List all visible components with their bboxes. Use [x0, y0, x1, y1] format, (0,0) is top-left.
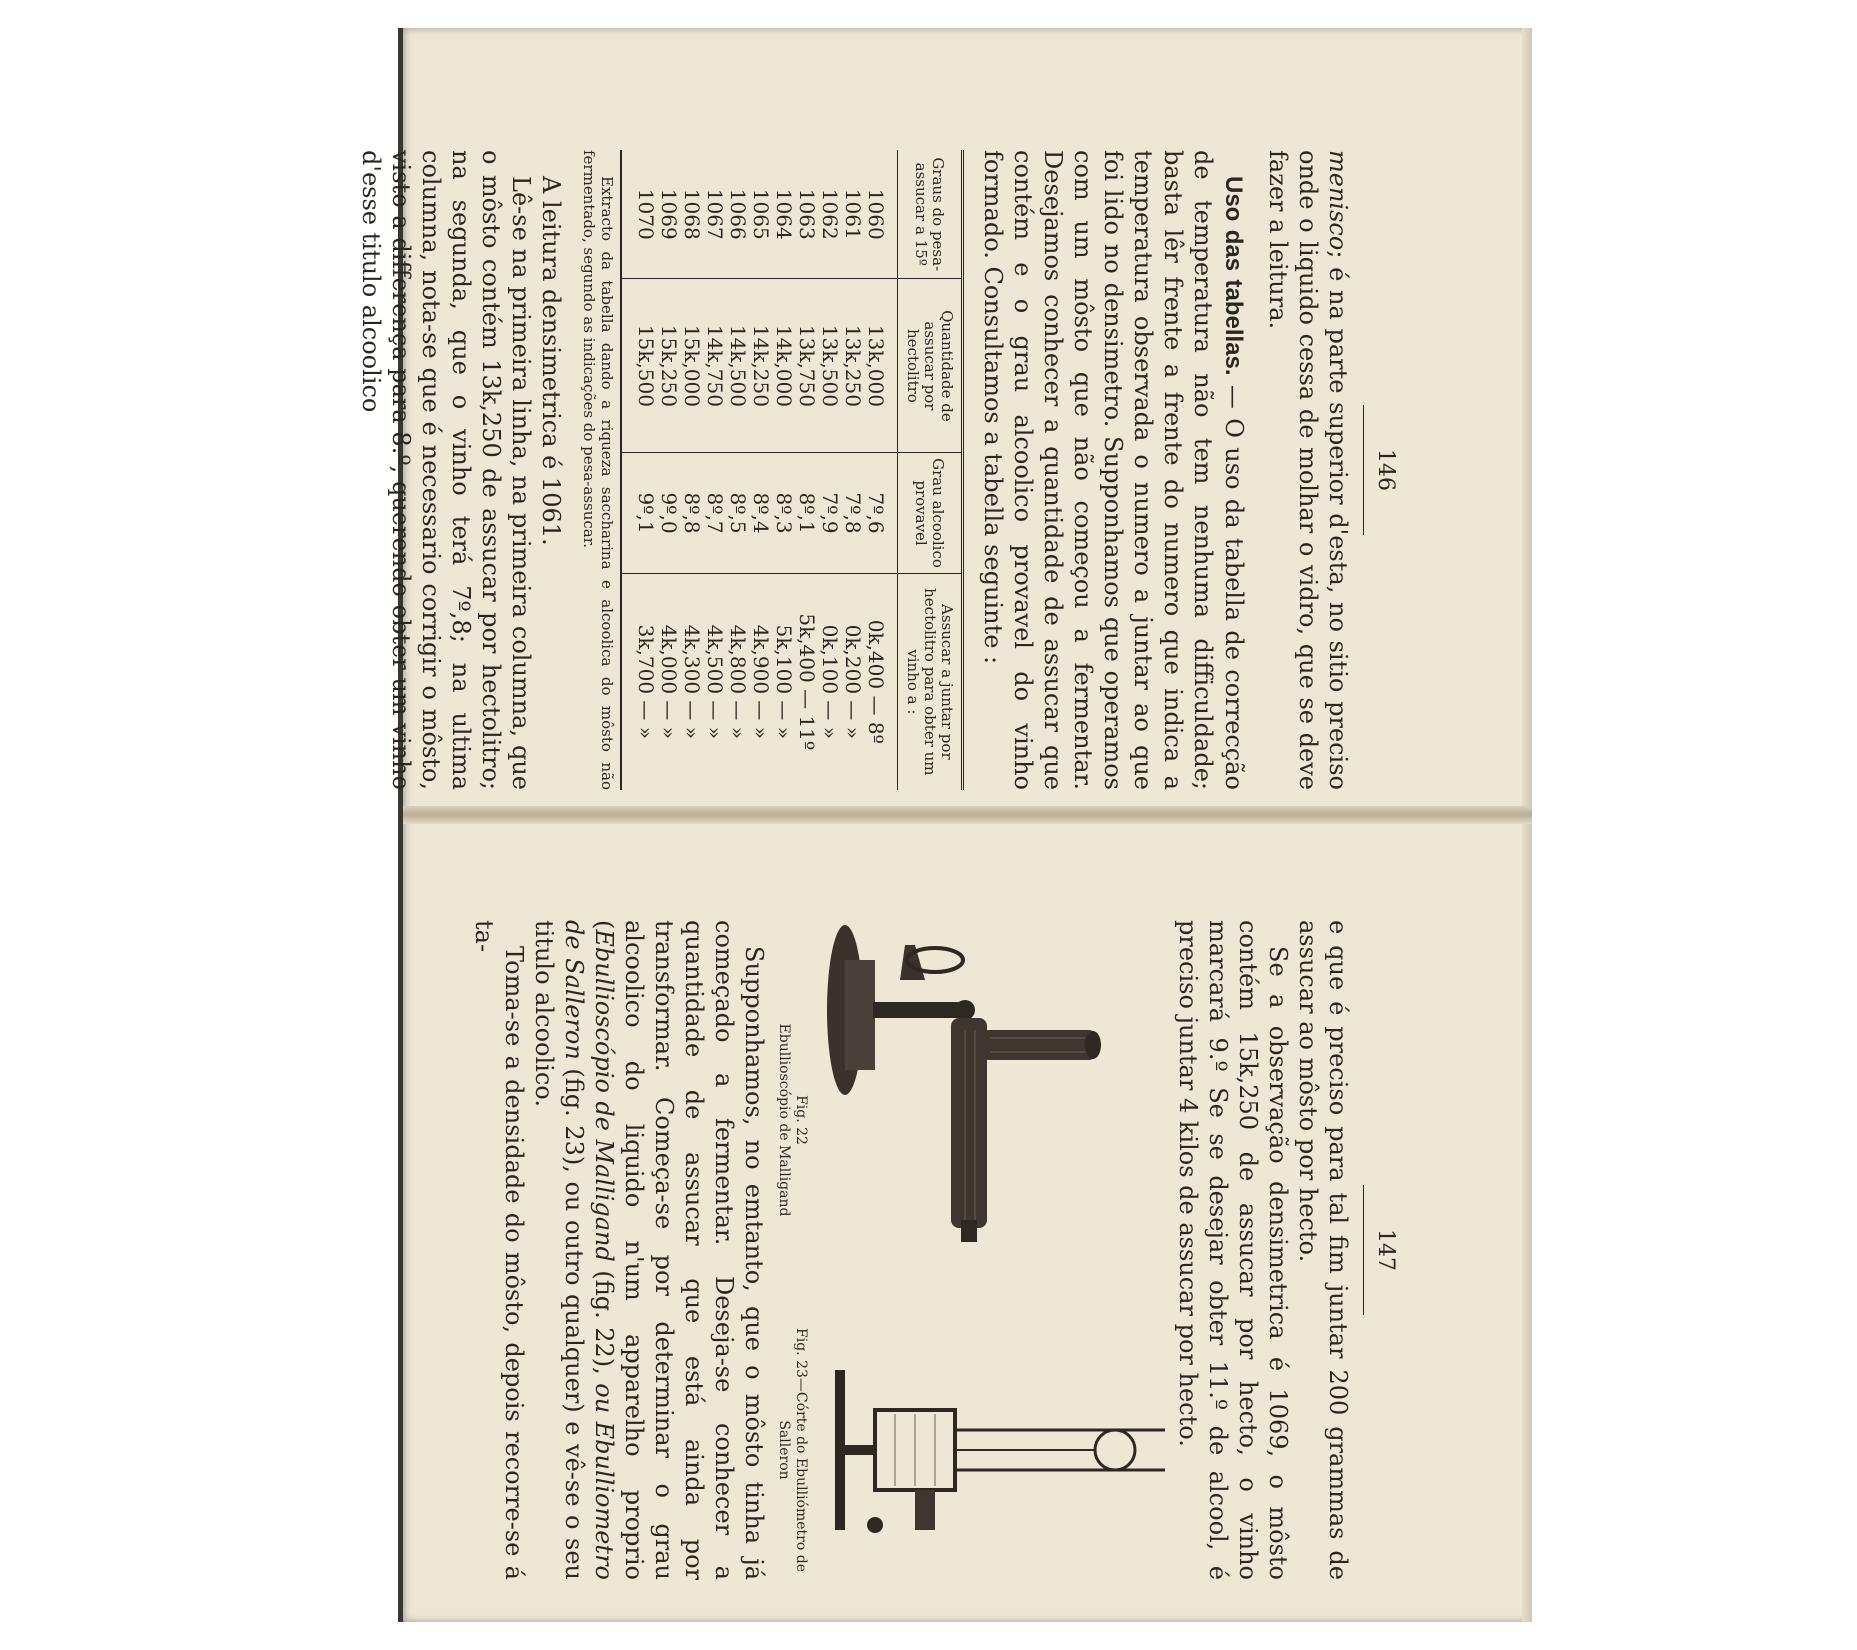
ebullioscope-illustration-icon: [815, 920, 1115, 1320]
ebulliometer-section-illustration-icon: [815, 1350, 1175, 1550]
table-cell: 1066: [726, 150, 749, 279]
table-cell: 1070: [621, 150, 657, 279]
table-cell: 8º,3: [772, 453, 795, 573]
figure-22: Fig. 22 Ebullioscópio de Malligand: [775, 920, 1115, 1320]
page-number: 146: [1363, 150, 1400, 790]
table-cell: 4k,900 — »: [749, 573, 772, 790]
table-cell: 1061: [841, 150, 864, 279]
figure-23: Fig. 23—Córte do Ebulliómetro de Sallero…: [775, 1320, 1175, 1580]
paragraph-toma-se: Toma-se a densidade do môsto, depois rec…: [469, 920, 529, 1580]
table-cell: 5k,100 — »: [772, 573, 795, 790]
figures-row: Fig. 22 Ebullioscópio de Malligand: [775, 920, 1155, 1580]
table-cell: 1069: [657, 150, 680, 279]
table-cell: 13k,750: [795, 279, 818, 453]
paragraph-le-se: Lê-se na primeira linha, na primeira col…: [356, 150, 536, 790]
table-row: 106213k,5007º,90k,100 — »: [818, 150, 841, 790]
table-cell: 9º,1: [621, 453, 657, 573]
table-cell: 14k,750: [703, 279, 726, 453]
paragraph-uso-das-tabellas: Uso das tabellas. — O uso da tabella de …: [978, 150, 1249, 790]
table-cell: 8º,8: [680, 453, 703, 573]
table-cell: 1064: [772, 150, 795, 279]
table-cell: 8º,1: [795, 453, 818, 573]
table-header-row: Graus do pesa-assucar a 15º Quantidade d…: [898, 150, 963, 790]
table-cell: 13k,500: [818, 279, 841, 453]
table-row: 106013k,0007º,60k,400 — 8º: [864, 150, 898, 790]
table-cell: 8º,5: [726, 453, 749, 573]
table-cell: 4k,300 — »: [680, 573, 703, 790]
sugar-alcohol-table: Graus do pesa-assucar a 15º Quantidade d…: [620, 150, 964, 790]
page-edge: [1522, 28, 1532, 1622]
paragraph-menisco: menisco; é na parte superior d'esta, no …: [1263, 150, 1353, 790]
table-cell: 1067: [703, 150, 726, 279]
table-cell: 4k,800 — »: [726, 573, 749, 790]
table-row: 106313k,7508º,15k,400 — 11º: [795, 150, 818, 790]
table-cell: 13k,000: [864, 279, 898, 453]
paragraph-200-grammas: e que é preciso para tal fim juntar 200 …: [1293, 920, 1353, 1580]
table-row: 106815k,0008º,84k,300 — »: [680, 150, 703, 790]
table-cell: 3k,700 — »: [621, 573, 657, 790]
header-rule: [1363, 405, 1364, 535]
table-cell: 1065: [749, 150, 772, 279]
table-cell: 15k,000: [680, 279, 703, 453]
table-cell: 8º,7: [703, 453, 726, 573]
section-heading: Uso das tabellas.: [1220, 176, 1247, 376]
table-cell: 13k,250: [841, 279, 864, 453]
table-cell: 4k,000 — »: [657, 573, 680, 790]
page-gutter: [403, 806, 1532, 824]
table-cell: 9º,0: [657, 453, 680, 573]
table-cell: 14k,000: [772, 279, 795, 453]
table-row: 106915k,2509º,04k,000 — »: [657, 150, 680, 790]
table-cell: 4k,500 — »: [703, 573, 726, 790]
page-147: 147 e que é preciso para tal fim juntar …: [520, 920, 1400, 1580]
table-cell: 15k,250: [657, 279, 680, 453]
figure-caption: Fig. 23—Córte do Ebulliómetro de Sallero…: [775, 1320, 809, 1580]
column-header: Graus do pesa-assucar a 15º: [898, 150, 963, 279]
paragraph-leitura: A leitura densimetrica é 1061.: [536, 150, 566, 790]
table-cell: 1060: [864, 150, 898, 279]
table-cell: 7º,9: [818, 453, 841, 573]
table-row: 106514k,2508º,44k,900 — »: [749, 150, 772, 790]
table-row: 106614k,5008º,54k,800 — »: [726, 150, 749, 790]
column-header: Grau alcoolico provavel: [898, 453, 963, 573]
paragraph-supponhamos: Supponhamos, no emtanto, que o môsto tin…: [529, 920, 769, 1580]
table-cell: 7º,6: [864, 453, 898, 573]
paragraph-1069: Se a observação densimetrica é 1069, o m…: [1173, 920, 1293, 1580]
table-caption: Extracto da tabella dando a riqueza sacc…: [580, 150, 616, 790]
table-cell: 5k,400 — 11º: [795, 573, 818, 790]
figure-caption: Fig. 22 Ebullioscópio de Malligand: [775, 1024, 809, 1217]
table-cell: 7º,8: [841, 453, 864, 573]
column-header: Quantidade de assucar por hectolitro: [898, 279, 963, 453]
table-cell: 0k,200 — »: [841, 573, 864, 790]
header-rule: [1363, 1185, 1364, 1315]
table-row: 107015k,5009º,13k,700 — »: [621, 150, 657, 790]
table-cell: 8º,4: [749, 453, 772, 573]
table-cell: 1063: [795, 150, 818, 279]
table-row: 106414k,0008º,35k,100 — »: [772, 150, 795, 790]
table-cell: 14k,250: [749, 279, 772, 453]
table-row: 106113k,2507º,80k,200 — »: [841, 150, 864, 790]
table-cell: 1062: [818, 150, 841, 279]
column-header: Assucar a juntar por hectolitro para obt…: [898, 573, 963, 790]
table-cell: 0k,100 — »: [818, 573, 841, 790]
table-cell: 0k,400 — 8º: [864, 573, 898, 790]
table-cell: 14k,500: [726, 279, 749, 453]
table-cell: 1068: [680, 150, 703, 279]
page-146: 146 menisco; é na parte superior d'esta,…: [520, 150, 1400, 790]
page-number: 147: [1363, 920, 1400, 1580]
table-row: 106714k,7508º,74k,500 — »: [703, 150, 726, 790]
table-cell: 15k,500: [621, 279, 657, 453]
